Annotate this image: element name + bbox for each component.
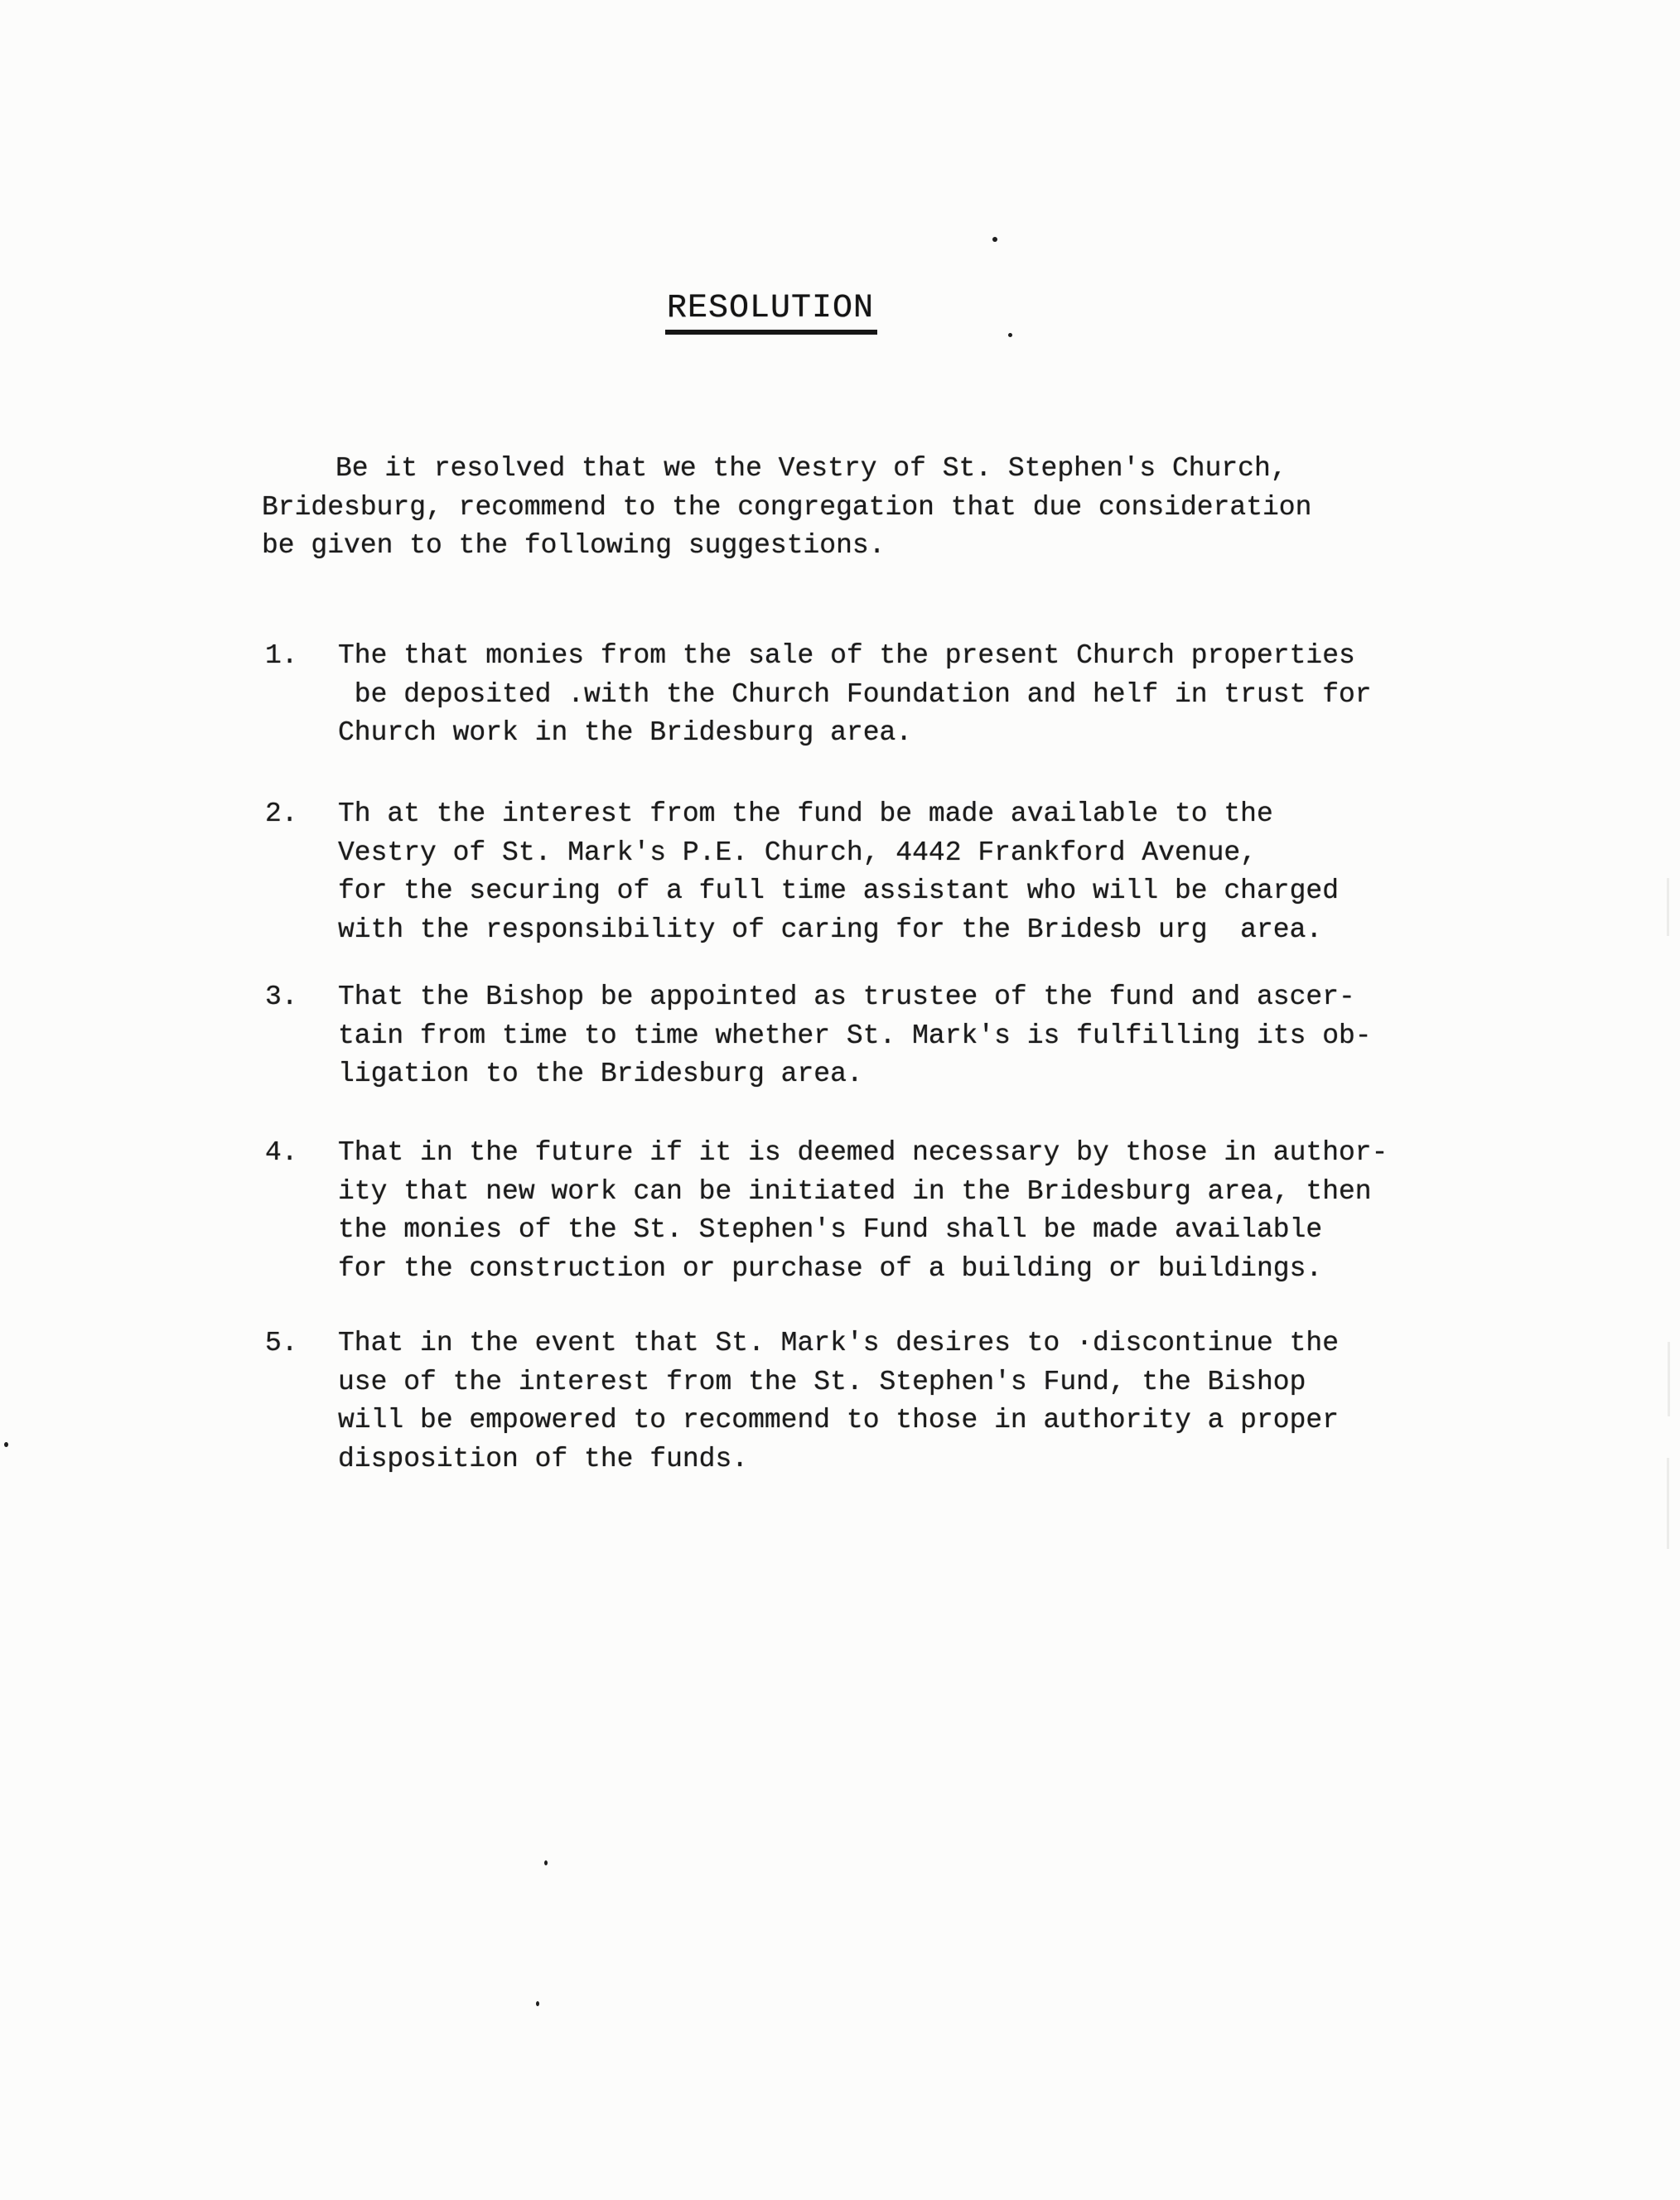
ink-speck xyxy=(536,2001,539,2006)
item-line: Church work in the Bridesburg area. xyxy=(338,714,1372,753)
item-line: That in the future if it is deemed neces… xyxy=(338,1134,1388,1173)
scan-edge-mark xyxy=(1667,878,1669,936)
item-number: 1. xyxy=(265,637,298,676)
ink-speck xyxy=(992,237,997,242)
intro-line: Be it resolved that we the Vestry of St.… xyxy=(262,450,1311,489)
item-line: for the construction or purchase of a bu… xyxy=(338,1250,1388,1289)
item-line: the monies of the St. Stephen's Fund sha… xyxy=(338,1211,1388,1250)
item-line: disposition of the funds. xyxy=(338,1440,1339,1479)
item-line: use of the interest from the St. Stephen… xyxy=(338,1363,1339,1402)
item-line: ity that new work can be initiated in th… xyxy=(338,1173,1388,1212)
scan-edge-mark xyxy=(1668,1342,1670,1416)
list-item-1: 1. The that monies from the sale of the … xyxy=(265,637,1372,753)
list-item-3: 3. That the Bishop be appointed as trust… xyxy=(265,978,1372,1094)
intro-line: Bridesburg, recommend to the congregatio… xyxy=(262,489,1311,528)
document-title: RESOLUTION xyxy=(665,290,877,335)
item-number: 5. xyxy=(265,1324,298,1363)
ink-speck xyxy=(544,1860,548,1865)
item-line: The that monies from the sale of the pre… xyxy=(338,637,1372,676)
item-number: 2. xyxy=(265,795,298,834)
scan-edge-mark xyxy=(1667,1458,1669,1549)
item-number: 4. xyxy=(265,1134,298,1173)
item-line: will be empowered to recommend to those … xyxy=(338,1402,1339,1440)
item-line: Th at the interest from the fund be made… xyxy=(338,795,1339,834)
list-item-5: 5. That in the event that St. Mark's des… xyxy=(265,1324,1339,1479)
ink-speck xyxy=(1008,333,1012,337)
item-line: tain from time to time whether St. Mark'… xyxy=(338,1017,1372,1056)
item-line: ligation to the Bridesburg area. xyxy=(338,1055,1372,1094)
item-line: That in the event that St. Mark's desire… xyxy=(338,1324,1339,1363)
list-item-2: 2. Th at the interest from the fund be m… xyxy=(265,795,1339,949)
intro-line: be given to the following suggestions. xyxy=(262,527,1311,566)
scanned-document-page: RESOLUTION Be it resolved that we the Ve… xyxy=(0,0,1680,2200)
item-line: Vestry of St. Mark's P.E. Church, 4442 F… xyxy=(338,834,1339,873)
item-number: 3. xyxy=(265,978,298,1017)
item-line: That the Bishop be appointed as trustee … xyxy=(338,978,1372,1017)
item-line: for the securing of a full time assistan… xyxy=(338,872,1339,911)
intro-paragraph: Be it resolved that we the Vestry of St.… xyxy=(262,450,1311,566)
item-line: be deposited .with the Church Foundation… xyxy=(338,676,1372,715)
ink-speck xyxy=(4,1442,8,1447)
item-line: with the responsibility of caring for th… xyxy=(338,911,1339,950)
list-item-4: 4. That in the future if it is deemed ne… xyxy=(265,1134,1388,1288)
